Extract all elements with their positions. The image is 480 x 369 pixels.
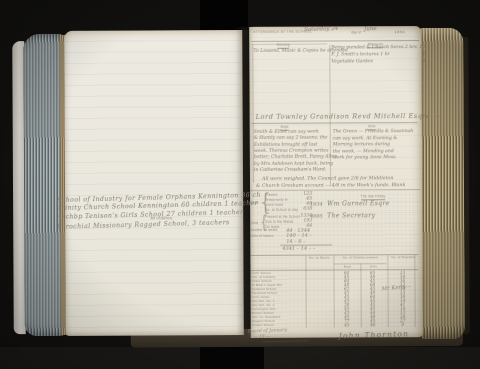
boys-notes-line: in Catherine Crossham's Ward. bbox=[254, 168, 326, 173]
girls-notes-line: The Green — Priscilla & Susannah bbox=[333, 130, 414, 135]
table-row-label: Brixton School bbox=[252, 312, 304, 315]
afternoon-entry-line: F. J. Smith's lectures 1 hr bbox=[331, 53, 390, 58]
notes-right-column-label: Girls bbox=[357, 125, 387, 128]
table-row-label: Kennington Sch. bbox=[252, 308, 304, 311]
afternoon-entry-line: Being mended & Church Servs 2 hrs bbox=[331, 46, 417, 51]
table-row-label: Ragged School bbox=[252, 320, 304, 323]
table-row-label: Day Sch. No. 1 bbox=[252, 300, 304, 303]
table-row-label: Sch. of Industry bbox=[251, 276, 303, 279]
table-header-books: No. on Books bbox=[306, 257, 332, 261]
page-edges-right-stack bbox=[419, 28, 465, 339]
annotation-insert: 36 children bbox=[150, 216, 172, 220]
boys-notes-line: by Mrs Ashdown kept back, being bbox=[254, 162, 333, 167]
afternoon-entry-line: Vegetable Garden bbox=[331, 60, 373, 65]
footnote-line: & Church Gresham account — 4/6 in the We… bbox=[256, 184, 405, 190]
afternoon-entry-amount: 10 bbox=[411, 46, 425, 51]
visitors-line-handwriting: Lord Townley Grandison Revd Mitchell Esq… bbox=[256, 113, 441, 120]
muster-row-label: Present bbox=[265, 194, 297, 197]
muster-group-name: Boys bbox=[250, 202, 258, 205]
table-row-label: Chapel School bbox=[252, 324, 304, 327]
totals-row-label: Ditto of loaves bbox=[250, 234, 288, 237]
muster-group-name: Girls bbox=[250, 221, 258, 224]
totals-row-value: 14 – 8 – bbox=[286, 239, 305, 244]
table-subheader-girls: Girls bbox=[360, 265, 386, 268]
page-header-printed-title: ATTENDANCE AT THE SCHOOL bbox=[253, 31, 312, 35]
girls-notes-line: Morning lectures during bbox=[333, 143, 390, 148]
boys-notes-line: better; Charlotte Brett, Fanny Allen bbox=[254, 156, 337, 161]
muster-row-label: Sick in the Wards bbox=[265, 221, 297, 224]
girls-notes-line: can say work. At Evening & bbox=[333, 137, 398, 142]
table-row-label: Day Sch. No. 2 bbox=[252, 304, 304, 307]
muster-row-label: Gone home bbox=[265, 204, 297, 207]
table-header-group: No. of Children present bbox=[334, 256, 386, 260]
table-row-label: Parochial School bbox=[252, 292, 304, 295]
page-header-day-of-printed: day of bbox=[351, 31, 361, 34]
table-cell-boys: 45 bbox=[337, 323, 357, 327]
officer-number: 4685 bbox=[310, 215, 323, 220]
page-edges-left-stack bbox=[23, 34, 63, 336]
table-row-label: Infant School bbox=[251, 280, 303, 283]
boys-notes-line: & Huntly can say 2 lessons; the bbox=[254, 137, 328, 142]
muster-row-label: Temporarily ill bbox=[265, 199, 297, 202]
muster-note-label: The late Friday bbox=[350, 195, 396, 198]
afternoon-entry-amount: 4 bbox=[411, 60, 425, 65]
girls-notes-line: the week. — Mending and bbox=[333, 150, 394, 155]
open-ledger-book: ATTENDANCE AT THE SCHOOL Saturday 24 day… bbox=[0, 0, 480, 369]
table-row-label: St Mark's Upper Rm bbox=[252, 284, 304, 287]
table-row-label: Girls' Home bbox=[252, 296, 304, 299]
ruled-lines-left bbox=[64, 30, 244, 336]
table-row-label: Girls' School bbox=[251, 272, 303, 275]
notes-left-column-label: Boys bbox=[270, 125, 300, 128]
muster-row-label: No. at School to-day bbox=[265, 209, 297, 212]
footnote-line: All were weighed. The Council gave 2/6 f… bbox=[262, 177, 394, 182]
table-row-label: Norwood School bbox=[252, 288, 304, 291]
muster-row-label: Present at the School bbox=[265, 216, 297, 219]
table-row-label: Sch. for Victuallers bbox=[252, 316, 304, 319]
officer-number: 1834 bbox=[310, 203, 323, 208]
page-header-year: 1854 bbox=[394, 30, 405, 34]
left-page bbox=[64, 30, 244, 336]
table-cell-teachers: 9 bbox=[393, 323, 413, 327]
boys-notes-line: Exhibitions brought off last bbox=[254, 143, 318, 148]
archival-photograph: ATTENDANCE AT THE SCHOOL Saturday 24 day… bbox=[0, 0, 480, 369]
muster-row-value: 638 bbox=[294, 208, 312, 213]
table-header-teachers: No. of Teachers bbox=[390, 256, 416, 260]
signature-handwriting: John Thornton bbox=[339, 330, 409, 340]
officer-name: The Secretary bbox=[327, 213, 375, 219]
page-header-month-handwritten: June bbox=[364, 27, 377, 33]
closing-line-2: — 18 — bbox=[253, 336, 271, 341]
officer-name: Wm Gurnell Esqre bbox=[327, 201, 390, 207]
grand-total-value: 4341 – 14 – – bbox=[282, 247, 315, 252]
table-cell-girls: 46 bbox=[363, 323, 383, 327]
girls-notes-line: work for young Anne Moss. bbox=[333, 157, 397, 162]
morning-column-label: Morning bbox=[261, 44, 305, 47]
afternoon-entry-amount: 1 bbox=[411, 53, 425, 58]
totals-row-label: Number of meals bbox=[250, 229, 288, 232]
table-subheader-boys: Boys bbox=[334, 265, 360, 268]
